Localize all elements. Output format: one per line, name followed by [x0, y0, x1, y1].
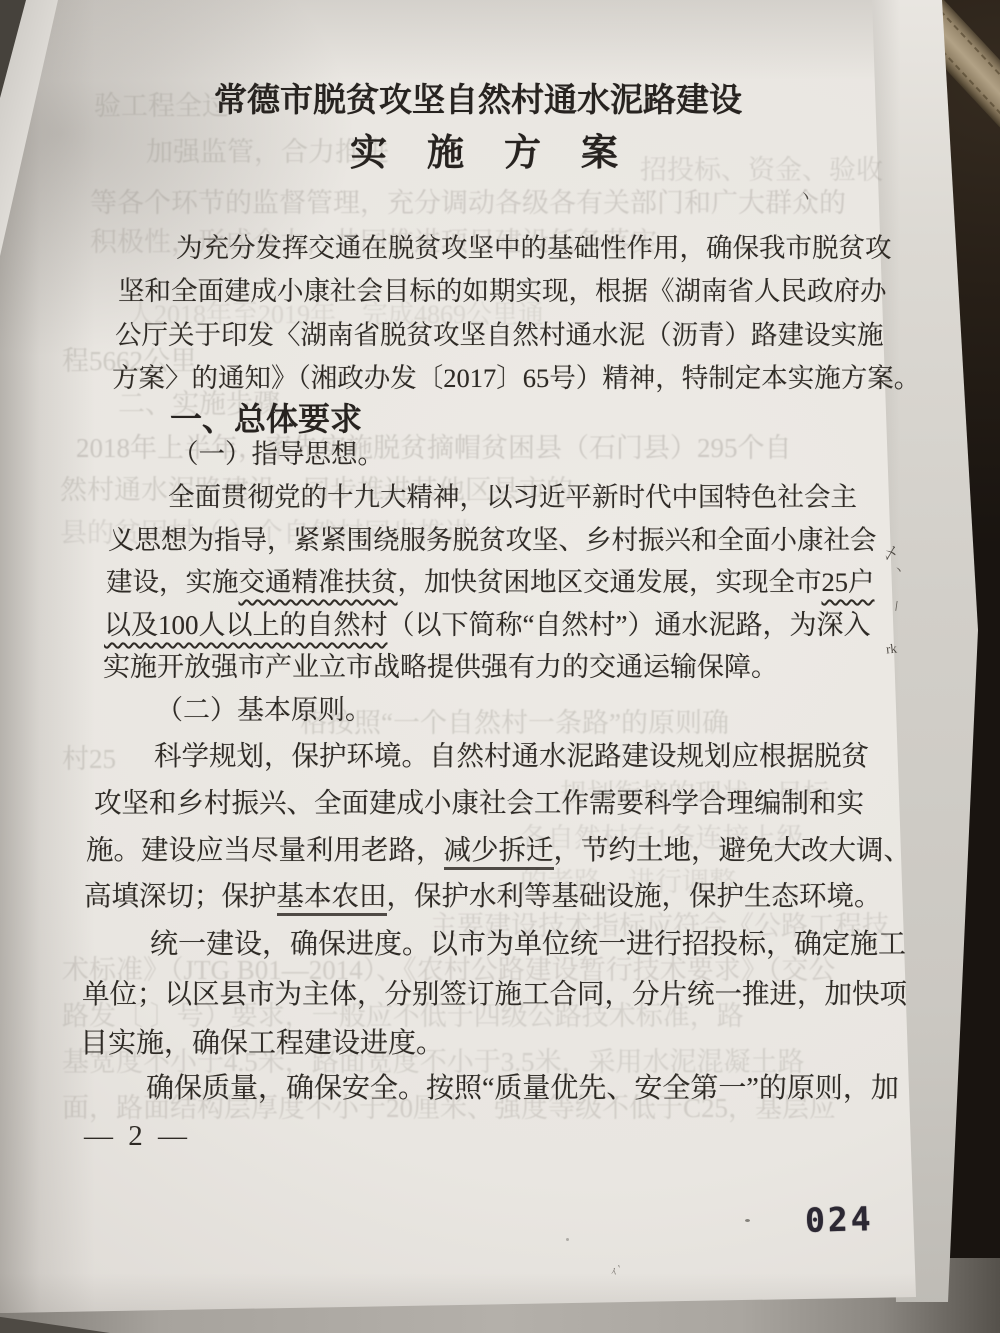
page-number: — 2 — — [84, 1120, 191, 1153]
dust-speck — [745, 1219, 750, 1222]
photographed-document: 验工程全过加强监管，合力推进招投标、资金、验收等各个环节的监督管理，充分调动各级… — [0, 0, 1000, 1333]
dust-speck — [566, 1238, 569, 1241]
stamp-number: 024 — [805, 1199, 875, 1240]
